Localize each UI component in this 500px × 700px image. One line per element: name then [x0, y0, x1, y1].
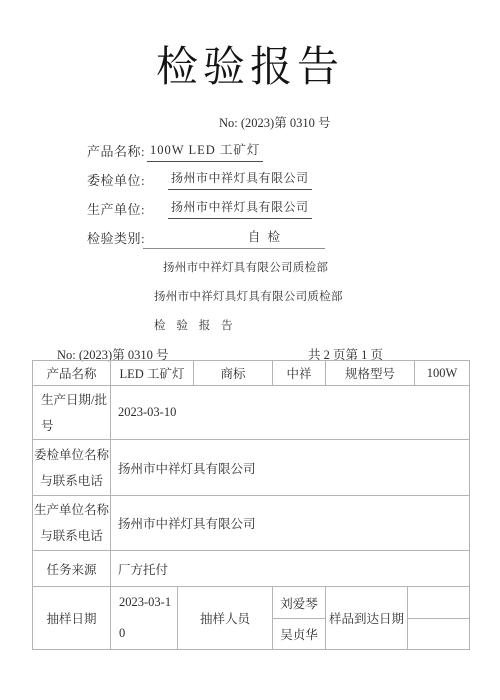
table-info-section: 生产日期/批 号 2023-03-10 委检单位名称 与联系电话 扬州市中祥灯具… — [32, 385, 470, 587]
org-line-report-heading: 检 验 报 告 — [154, 317, 237, 333]
field-producer-unit-label: 生产单位: — [87, 202, 145, 217]
cell-spec-model-header: 规格型号 — [326, 361, 415, 386]
field-product-name: 产品名称: 100W LED 工矿灯 — [87, 141, 145, 159]
table-row: 任务来源 厂方托付 — [33, 551, 470, 587]
table-row: 抽样日期 2023-03-1 0 抽样人员 刘爱琴 样品到达日期 — [33, 587, 470, 619]
field-product-name-label: 产品名称: — [87, 144, 145, 159]
table-row: 产品名称 LED 工矿灯 商标 中祥 规格型号 100W — [33, 361, 470, 386]
field-producer-unit-value: 扬州市中祥灯具有限公司 — [168, 198, 312, 219]
field-inspection-type-value: 自 检 — [143, 227, 325, 249]
report-number: No: (2023)第 0310 号 — [219, 113, 330, 131]
cell-product-name-header: 产品名称 — [33, 361, 111, 386]
cell-sampling-date-label: 抽样日期 — [33, 587, 111, 650]
cell-sampling-date-value: 2023-03-1 0 — [111, 587, 178, 650]
cell-task-source-label: 任务来源 — [33, 551, 111, 587]
report-title: 检验报告 — [0, 44, 500, 92]
report-table: 产品名称 LED 工矿灯 商标 中祥 规格型号 100W 生产日期/批 号 20… — [32, 360, 469, 650]
cell-producer-unit-value: 扬州市中祥灯具有限公司 — [111, 496, 470, 551]
field-client-unit-value: 扬州市中祥灯具有限公司 — [168, 169, 312, 190]
table-header-section: 产品名称 LED 工矿灯 商标 中祥 规格型号 100W — [32, 360, 470, 386]
table-row: 生产单位名称 与联系电话 扬州市中祥灯具有限公司 — [33, 496, 470, 551]
cell-client-unit-label: 委检单位名称 与联系电话 — [33, 440, 111, 496]
org-line-qc-dept-2: 扬州市中祥灯具灯具有限公司质检部 — [154, 288, 343, 304]
cell-production-date-label: 生产日期/批 号 — [33, 386, 111, 440]
table-sampling-section: 抽样日期 2023-03-1 0 抽样人员 刘爱琴 样品到达日期 吴贞华 — [32, 586, 470, 650]
field-client-unit: 委检单位: 扬州市中祥灯具有限公司 — [87, 170, 145, 188]
cell-sampler-2: 吴贞华 — [273, 619, 326, 650]
cell-spec-model-value: 100W — [415, 361, 470, 386]
cell-client-unit-value: 扬州市中祥灯具有限公司 — [111, 440, 470, 496]
table-row: 委检单位名称 与联系电话 扬州市中祥灯具有限公司 — [33, 440, 470, 496]
table-row: 生产日期/批 号 2023-03-10 — [33, 386, 470, 440]
cell-trademark-header: 商标 — [194, 361, 273, 386]
cell-trademark-value: 中祥 — [273, 361, 326, 386]
inspection-report-page: 检验报告 No: (2023)第 0310 号 产品名称: 100W LED 工… — [0, 0, 500, 700]
cell-arrival-value-1 — [408, 587, 470, 619]
field-inspection-type-label: 检验类别: — [87, 231, 145, 246]
cell-product-name-value: LED 工矿灯 — [111, 361, 194, 386]
cell-task-source-value: 厂方托付 — [111, 551, 470, 587]
field-inspection-type: 检验类别: 自 检 — [87, 228, 145, 246]
cell-production-date-value: 2023-03-10 — [111, 386, 470, 440]
cell-sampler-1: 刘爱琴 — [273, 587, 326, 619]
cell-sample-arrival-label: 样品到达日期 — [326, 587, 408, 650]
field-client-unit-label: 委检单位: — [87, 173, 145, 188]
org-line-qc-dept-1: 扬州市中祥灯具有限公司质检部 — [163, 259, 328, 275]
field-product-name-value: 100W LED 工矿灯 — [147, 140, 263, 162]
cell-sampling-personnel-label: 抽样人员 — [178, 587, 273, 650]
field-producer-unit: 生产单位: 扬州市中祥灯具有限公司 — [87, 199, 145, 217]
cell-arrival-value-2 — [408, 619, 470, 650]
cell-producer-unit-label: 生产单位名称 与联系电话 — [33, 496, 111, 551]
